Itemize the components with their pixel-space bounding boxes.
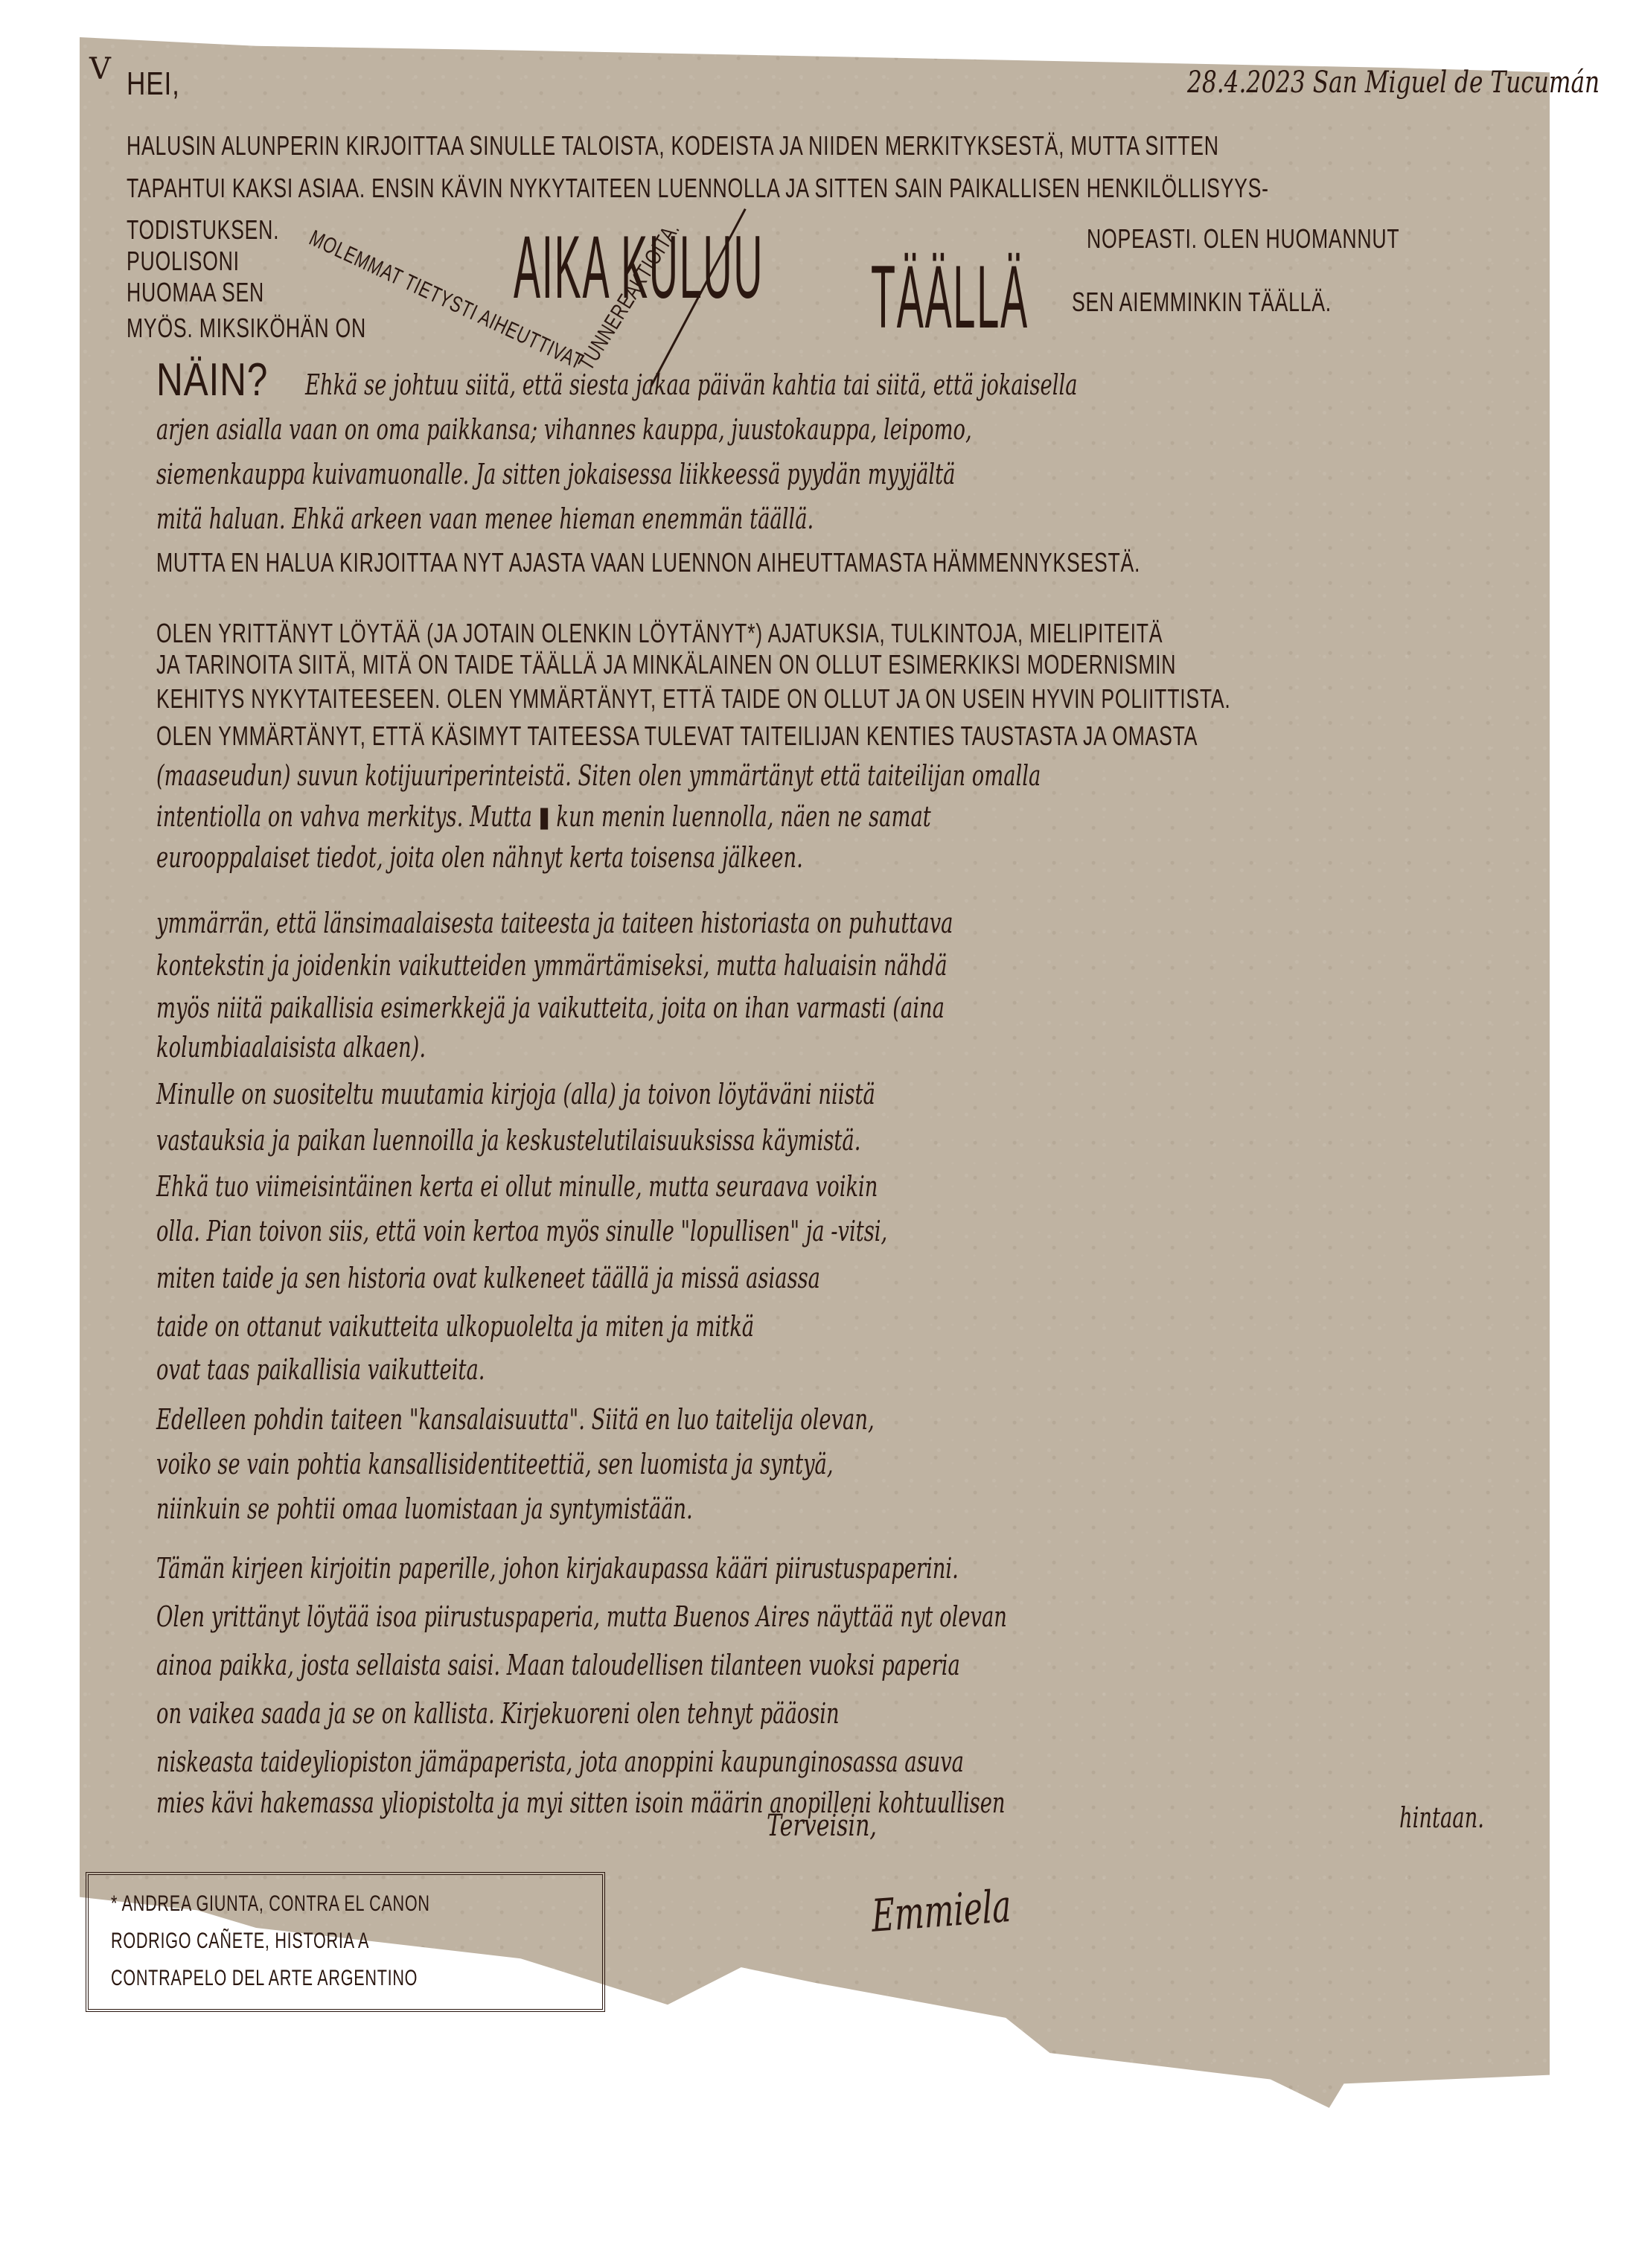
footnote-box: * ANDREA GIUNTA, CONTRA EL CANON RODRIGO…	[86, 1872, 605, 2012]
footnote-line: CONTRAPELO DEL ARTE ARGENTINO	[111, 1966, 418, 1991]
text-line: hintaan.	[1399, 1801, 1484, 1834]
text-line: JA TARINOITA SIITÄ, MITÄ ON TAIDE TÄÄLLÄ…	[156, 649, 1176, 680]
text-line: mies kävi hakemassa yliopistolta ja myi …	[156, 1786, 1006, 1819]
text-line: vastauksia ja paikan luennoilla ja kesku…	[156, 1124, 860, 1157]
text-line: ainoa paikka, josta sellaista saisi. Maa…	[156, 1649, 960, 1681]
footnote-line: RODRIGO CAÑETE, HISTORIA A	[111, 1929, 369, 1954]
text-line: TAPAHTUI KAKSI ASIAA. ENSIN KÄVIN NYKYTA…	[127, 173, 1269, 204]
text-line: Ehkä tuo viimeisintäinen kerta ei ollut …	[156, 1170, 878, 1203]
text-line: miten taide ja sen historia ovat kulkene…	[156, 1262, 820, 1294]
footnote-line: * ANDREA GIUNTA, CONTRA EL CANON	[111, 1891, 430, 1917]
text-line: eurooppalaiset tiedot, joita olen nähnyt…	[156, 841, 803, 874]
text-line: kolumbiaalaisista alkaen).	[156, 1031, 426, 1064]
date-place: 28.4.2023 San Miguel de Tucumán	[1187, 66, 1600, 100]
text-line: niskeasta taideyliopiston jämäpaperista,…	[156, 1745, 964, 1778]
text-line: niinkuin se pohtii omaa luomistaan ja sy…	[156, 1492, 693, 1525]
text-line: NOPEASTI. OLEN HUOMANNUT	[1087, 223, 1399, 255]
text-line: intentiolla on vahva merkitys. Mutta ▮ k…	[156, 800, 931, 833]
signature: Emmiela	[871, 1880, 1012, 1943]
text-line: taide on ottanut vaikutteita ulkopuolelt…	[156, 1310, 754, 1343]
text-line: olla. Pian toivon siis, että voin kertoa…	[156, 1215, 887, 1248]
text-line: Tämän kirjeen kirjoitin paperille, johon…	[156, 1552, 959, 1585]
text-line: MYÖS. MIKSIKÖHÄN ON	[127, 313, 366, 344]
page-number: V	[89, 52, 111, 86]
text-line: OLEN YRITTÄNYT LÖYTÄÄ (JA JOTAIN OLENKIN…	[156, 618, 1163, 649]
text-line: OLEN YMMÄRTÄNYT, ETTÄ KÄSIMYT TAITEESSA …	[156, 721, 1198, 752]
text-line: arjen asialla vaan on oma paikkansa; vih…	[156, 413, 972, 446]
text-line: Olen yrittänyt löytää isoa piirustuspape…	[156, 1600, 1007, 1633]
text-line: kontekstin ja joidenkin vaikutteiden ymm…	[156, 949, 948, 982]
greeting: HEI,	[127, 66, 180, 103]
big-heading-aika-kuluu: AIKA KULUU	[514, 216, 764, 319]
text-line: KEHITYS NYKYTAITEESEEN. OLEN YMMÄRTÄNYT,…	[156, 683, 1231, 715]
text-line: myös niitä paikallisia esimerkkejä ja va…	[156, 991, 945, 1024]
text-line: Minulle on suositeltu muutamia kirjoja (…	[156, 1078, 875, 1111]
text-line: SEN AIEMMINKIN TÄÄLLÄ.	[1072, 287, 1332, 318]
text-line: MUTTA EN HALUA KIRJOITTAA NYT AJASTA VAA…	[156, 547, 1140, 578]
text-line: HUOMAA SEN	[127, 277, 264, 308]
text-line: Ehkä se johtuu siitä, että siesta jakaa …	[305, 368, 1078, 401]
text-line: ymmärrän, että länsimaalaisesta taiteest…	[156, 907, 953, 939]
text-line: voiko se vain pohtia kansallisidentiteet…	[156, 1448, 834, 1480]
closing: Terveisin,	[767, 1809, 877, 1843]
big-heading-taalla: TÄÄLLÄ	[871, 246, 1029, 348]
text-line: on vaikea saada ja se on kallista. Kirje…	[156, 1697, 840, 1730]
text-line: TODISTUKSEN.	[127, 214, 279, 246]
text-line: siemenkauppa kuivamuonalle. Ja sitten jo…	[156, 458, 955, 491]
text-line: mitä haluan. Ehkä arkeen vaan menee hiem…	[156, 502, 814, 535]
text-line: Edelleen pohdin taiteen "kansalaisuutta"…	[156, 1403, 875, 1436]
text-line: PUOLISONI	[127, 246, 240, 277]
text-line: HALUSIN ALUNPERIN KIRJOITTAA SINULLE TAL…	[127, 130, 1219, 162]
text-line: ovat taas paikallisia vaikutteita.	[156, 1353, 485, 1386]
text-line: (maaseudun) suvun kotijuuriperinteistä. …	[156, 759, 1041, 792]
text-naain: NÄIN?	[156, 354, 268, 406]
